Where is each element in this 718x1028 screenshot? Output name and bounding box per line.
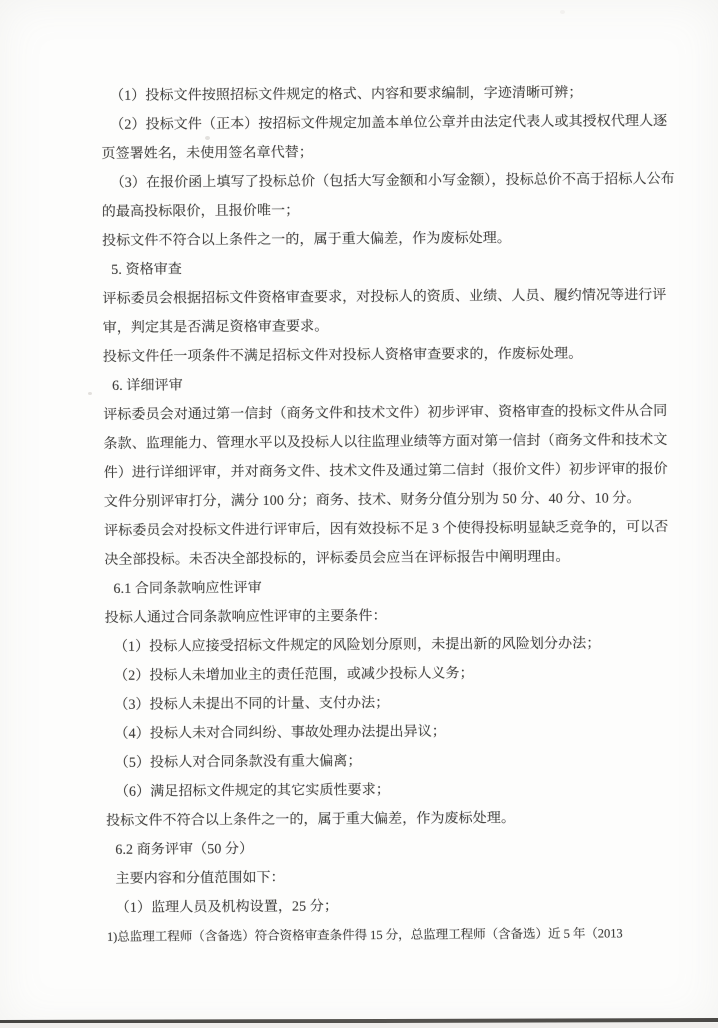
doc-line: （3）投标人未提出不同的计量、支付办法； [105,687,661,720]
doc-line: 评标委员会根据招标文件资格审查要求，对投标人的资质、业绩、人员、履约情况等进行评 [102,281,658,314]
doc-line: 文件分别评审打分，满分 100 分；商务、技术、财务分值分别为 50 分、40 … [104,484,660,517]
doc-line: （6）满足招标文件规定的其它实质性要求； [106,774,662,807]
doc-line: 投标文件不符合以上条件之一的，属于重大偏差，作为废标处理。 [106,803,662,836]
doc-line: 件）进行详细评审，并对商务文件、技术文件及通过第二信封（报价文件）初步评审的报价 [104,455,660,488]
document-page: （1）投标文件按照招标文件规定的格式、内容和要求编制，字迹清晰可辨； （2）投标… [0,0,718,1028]
document-text-block: （1）投标文件按照招标文件规定的格式、内容和要求编制，字迹清晰可辨； （2）投标… [101,78,663,952]
doc-line: （1）投标人应接受招标文件规定的风险划分原则，未提出新的风险划分办法； [105,629,661,662]
doc-line: 条款、监理能力、管理水平以及投标人以往监理业绩等方面对第一信封（商务文件和技术文 [103,426,659,459]
scan-artifact-speck [560,10,565,14]
section-heading-5: 5. 资格审查 [102,252,658,285]
doc-line: 评标委员会对投标文件进行评审后，因有效投标不足 3 个使得投标明显缺乏竞争的，可… [104,513,660,546]
scan-artifact-speck [205,136,210,140]
doc-line: 评标委员会对通过第一信封（商务文件和技术文件）初步评审、资格审查的投标文件从合同 [103,397,659,430]
doc-line: 主要内容和分值范围如下： [106,861,662,894]
doc-line: （1）监理人员及机构设置，25 分； [107,890,663,923]
doc-line: 投标人通过合同条款响应性评审的主要条件： [105,600,661,633]
doc-line: 的最高投标限价，且报价唯一； [102,194,658,227]
section-heading-6-2: 6.2 商务评审（50 分） [106,832,662,865]
doc-line: （5）投标人对合同条款没有重大偏离； [106,745,662,778]
doc-line: （2）投标人未增加业主的责任范围，或减少投标人义务； [105,658,661,691]
doc-line: （3）在报价函上填写了投标总价（包括大写金额和小写金额），投标总价不高于招标人公… [102,165,658,198]
doc-line: 投标文件不符合以上条件之一的，属于重大偏差，作为废标处理。 [102,223,658,256]
section-heading-6: 6. 详细评审 [103,368,659,401]
doc-line: 决全部投标。未否决全部投标的，评标委员会应当在评标报告中阐明理由。 [104,542,660,575]
doc-line: 1)总监理工程师（含备选）符合资格审查条件得 15 分，总监理工程师（含备选）近… [107,919,663,952]
doc-line: 页签署姓名，未使用签名章代替； [101,136,657,169]
scan-edge-strip [0,1023,718,1028]
doc-line: （1）投标文件按照招标文件规定的格式、内容和要求编制，字迹清晰可辨； [101,78,657,111]
doc-line: （2）投标文件（正本）按招标文件规定加盖本单位公章并由法定代表人或其授权代理人逐 [101,107,657,140]
doc-line: （4）投标人未对合同纠纷、事故处理办法提出异议； [105,716,661,749]
doc-line: 投标文件任一项条件不满足招标文件对投标人资格审查要求的，作废标处理。 [103,339,659,372]
section-heading-6-1: 6.1 合同条款响应性评审 [104,571,660,604]
doc-line: 审，判定其是否满足资格审查要求。 [103,310,659,343]
scan-artifact-speck [88,392,92,395]
